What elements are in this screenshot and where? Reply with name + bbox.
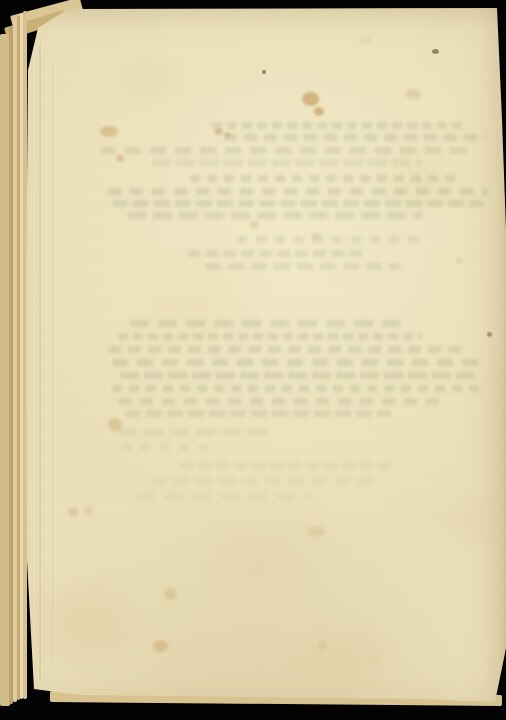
ghost-text-line xyxy=(112,200,484,207)
fox-stain xyxy=(432,49,439,54)
ghost-text-line xyxy=(112,359,486,366)
fox-stain xyxy=(68,507,78,517)
ghost-text-line xyxy=(118,398,448,405)
paper-fold-line-2 xyxy=(52,60,53,670)
fox-stain xyxy=(372,655,381,662)
ghost-text-line xyxy=(205,263,401,270)
ghost-text-line xyxy=(127,212,423,219)
ghost-text-line xyxy=(224,134,486,141)
ghost-text-line xyxy=(152,159,422,166)
fox-stain xyxy=(153,640,168,652)
ghost-text-line xyxy=(122,444,218,451)
fox-stain xyxy=(317,641,327,650)
ghost-text-line xyxy=(212,122,464,129)
ghost-text-line xyxy=(108,346,468,353)
ghost-text-line xyxy=(180,462,392,469)
ghost-text-line xyxy=(125,410,391,417)
fox-stain xyxy=(262,70,266,74)
ghost-text-line xyxy=(108,188,488,195)
ghost-text-line xyxy=(150,478,382,485)
ghost-text-line xyxy=(100,147,476,154)
fox-stain xyxy=(360,37,371,44)
ghost-text-line xyxy=(136,493,312,500)
book-page xyxy=(0,0,506,720)
fox-stain xyxy=(164,588,177,600)
fox-stain xyxy=(100,126,118,137)
fox-stain xyxy=(108,418,122,431)
ghost-text-line xyxy=(187,250,363,257)
paper-fold-line xyxy=(39,45,41,680)
fox-stain xyxy=(250,221,259,229)
ghost-text-line xyxy=(237,236,423,243)
fox-stain xyxy=(214,128,223,135)
fox-stain xyxy=(314,107,324,116)
fox-stain xyxy=(308,526,325,537)
fox-stain xyxy=(116,155,124,162)
scanned-book-page-photo xyxy=(0,0,506,720)
ghost-text-line xyxy=(118,333,422,340)
ghost-text-line xyxy=(120,372,480,379)
fox-stain xyxy=(302,92,319,106)
ghost-text-line xyxy=(190,175,456,182)
fox-stain xyxy=(406,89,421,99)
fox-stain xyxy=(455,258,463,264)
fox-stain xyxy=(487,332,492,337)
fox-stain xyxy=(224,132,231,138)
ghost-text-line xyxy=(130,320,402,327)
fox-stain xyxy=(84,506,93,515)
ghost-text-line xyxy=(112,385,480,392)
fox-stain xyxy=(311,232,321,240)
ghost-text-line xyxy=(118,429,270,436)
